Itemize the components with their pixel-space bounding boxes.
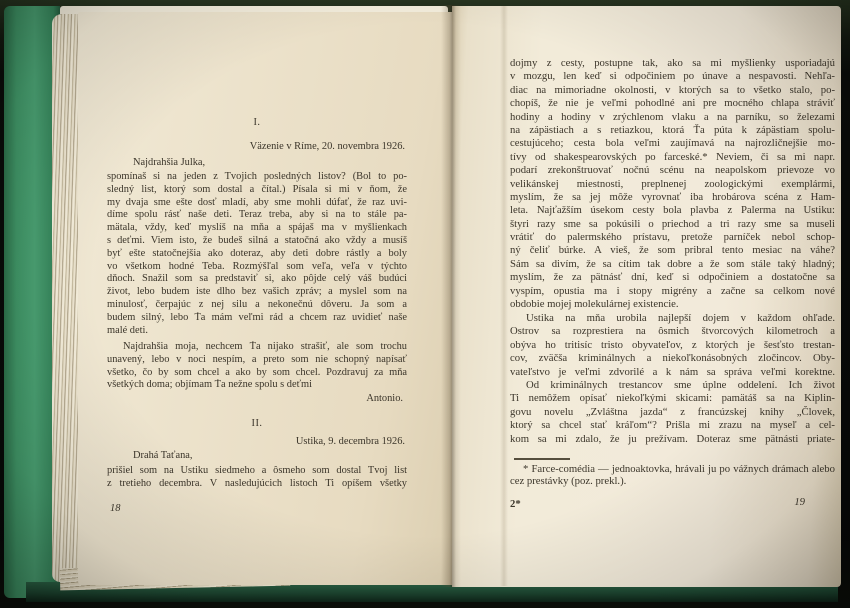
text-line: sledný list, ktorý som dostal a čítal.) … (107, 184, 407, 197)
page-number-right: 19 (510, 496, 835, 508)
text-line: govu novelu „Zvláštna jazda“ z francúzsk… (510, 406, 835, 419)
right-page-crease (500, 6, 508, 586)
text-line: byť ešte statočnejšia ako doteraz, aby d… (107, 248, 407, 261)
text-line: my dvaja sme ešte dosť mladí, aby sme mo… (107, 197, 407, 210)
text-line: Od kriminálnych trestancov sme úplne odd… (510, 379, 835, 392)
book-gutter-shadow (441, 5, 461, 587)
text-line: kom sa mi zdalo, že ju prežívam. Doteraz… (510, 433, 835, 446)
text-line: štyri razy sme sa pokúsili o priechod a … (510, 218, 835, 231)
text-line: * Farce-comédia — jednoaktovka, hrávali … (510, 463, 835, 475)
text-line: malé deti. (107, 325, 407, 338)
text-line: chopíš, že nie je veľmi pohodlné ani pre… (510, 97, 835, 110)
text-line: Ustika na mňa urobila najlepší dojem v k… (510, 312, 835, 325)
text-line: Ostrov sa rozprestiera na ôsmich štvorco… (510, 325, 835, 338)
text-line: dňoch. Snažil som sa predstaviť si, ako … (107, 273, 407, 286)
text-line: spomínaš si na jeden z Tvojich poslednýc… (107, 171, 407, 184)
text-line: vateľstvo je veľmi zdvorilé a k nám sa s… (510, 366, 835, 379)
text-line: leta. Najťažším úsekom cesty bola plavba… (510, 204, 835, 217)
text-line: cov, zväčša kriminálnych a niekoľkonásob… (510, 352, 835, 365)
text-line: unavený, lebo v noci nespím, a preto som… (107, 354, 407, 367)
text-line: vyspím, opustia ma i stopy migrény a zač… (510, 285, 835, 298)
letter-1-numeral: I. (107, 117, 407, 128)
text-line: vo všetkom hodné Teba. Rozmýšľal som veľ… (107, 261, 407, 274)
text-line: hodiny a hodiny v zrýchlenom vlaku a na … (510, 111, 835, 124)
letter-2-salutation: Drahá Taťana, (107, 450, 407, 461)
letter-2-numeral: II. (107, 418, 407, 429)
page-number-left: 18 (110, 503, 410, 514)
text-line: podarí zrekonštruovať nočnú scénu na nea… (510, 164, 835, 177)
left-page: I. Väzenie v Ríme, 20. novembra 1926. Na… (78, 12, 452, 585)
letter-2-dateline: Ustika, 9. decembra 1926. (107, 436, 407, 447)
text-line: vrátiť do palermského prístavu, pretože … (510, 231, 835, 244)
text-line: z tretieho decembra. V nasledujúcich lis… (107, 478, 407, 491)
text-line: všetko, čo by som chcel a ako by som chc… (107, 367, 407, 380)
open-book-photo: I. Väzenie v Ríme, 20. novembra 1926. Na… (0, 0, 850, 608)
text-line: všetkých doma; objímam Ťa nežne spolu s … (107, 379, 407, 392)
text-line: na zápästiach a s retiazkou, ktorá Ťa pú… (510, 124, 835, 137)
letter-1-dateline: Väzenie v Ríme, 20. novembra 1926. (107, 141, 407, 152)
right-paragraph-3: Od kriminálnych trestancov sme úplne odd… (510, 379, 835, 446)
right-paragraph-2: Ustika na mňa urobila najlepší dojem v k… (510, 312, 835, 379)
letter-2-paragraph-1: prišiel som na Ustiku siedmeho a ôsmeho … (107, 465, 407, 491)
text-line: myslím, že za pätnásť dní, keď si odpoči… (510, 271, 835, 284)
text-line: ktorý sa chcel stať kráľom“? Prišla mi z… (510, 419, 835, 432)
text-line: Najdrahšia moja, nechcem Ťa nijako straš… (107, 341, 407, 354)
text-line: Ti nemôžem opísať niekoľkými skicami: pa… (510, 392, 835, 405)
right-paragraph-1: dojmy z cesty, postupne tak, ako sa mi m… (510, 57, 835, 311)
text-line: s deťmi. Viem isto, že budeš silná a sta… (107, 235, 407, 248)
text-line: obýva ho tritisíc tristo obyvateľov, z k… (510, 339, 835, 352)
text-line: v mozgu, len keď si odpočiniem po únave … (510, 70, 835, 83)
text-line: minulosť, čerpajúc z nej silu a nekonečn… (107, 299, 407, 312)
footnote-rule (514, 458, 570, 460)
text-line: díme spolu rásť naše deti. Teraz treba, … (107, 209, 407, 222)
text-line: ný čeliť búrke. A vieš, že som pribral t… (510, 244, 835, 257)
text-line: mätala, vždy, keď myslíš na mňa a spájaš… (107, 222, 407, 235)
text-line: tívy od shakespearovských po farceské.* … (510, 151, 835, 164)
letter-1-salutation: Najdrahšia Julka, (107, 157, 407, 168)
text-line: život, lebo budem iste dlho bez vašich z… (107, 286, 407, 299)
text-line: velikánskej miestnosti, preplnenej zoolo… (510, 178, 835, 191)
right-page: dojmy z cesty, postupne tak, ako sa mi m… (452, 6, 841, 587)
text-line: myslím, že sa jej môže vyrovnať iba hrob… (510, 191, 835, 204)
text-line: cez prestávky (poz. prekl.). (510, 475, 835, 487)
text-line: cestujúceho; cesta bola veľmi zaujímavá … (510, 137, 835, 150)
text-line: obdobie mojej molekulárnej existencie. (510, 298, 835, 311)
text-line: budem silný, lebo Ťa mám veľmi rád a chc… (107, 312, 407, 325)
letter-1-paragraph-2: Najdrahšia moja, nechcem Ťa nijako straš… (107, 341, 407, 392)
text-line: dojmy z cesty, postupne tak, ako sa mi m… (510, 57, 835, 70)
text-line: diac na mimoriadne okolnosti, v ktorých … (510, 84, 835, 97)
footnote: * Farce-comédia — jednoaktovka, hrávali … (510, 463, 835, 488)
letter-1-paragraph-1: spomínaš si na jeden z Tvojich poslednýc… (107, 171, 407, 337)
text-line: Sám sa divím, že sa cítim tak dobre a že… (510, 258, 835, 271)
text-line: prišiel som na Ustiku siedmeho a ôsmeho … (107, 465, 407, 478)
letter-1-signature: Antonio. (107, 393, 407, 404)
